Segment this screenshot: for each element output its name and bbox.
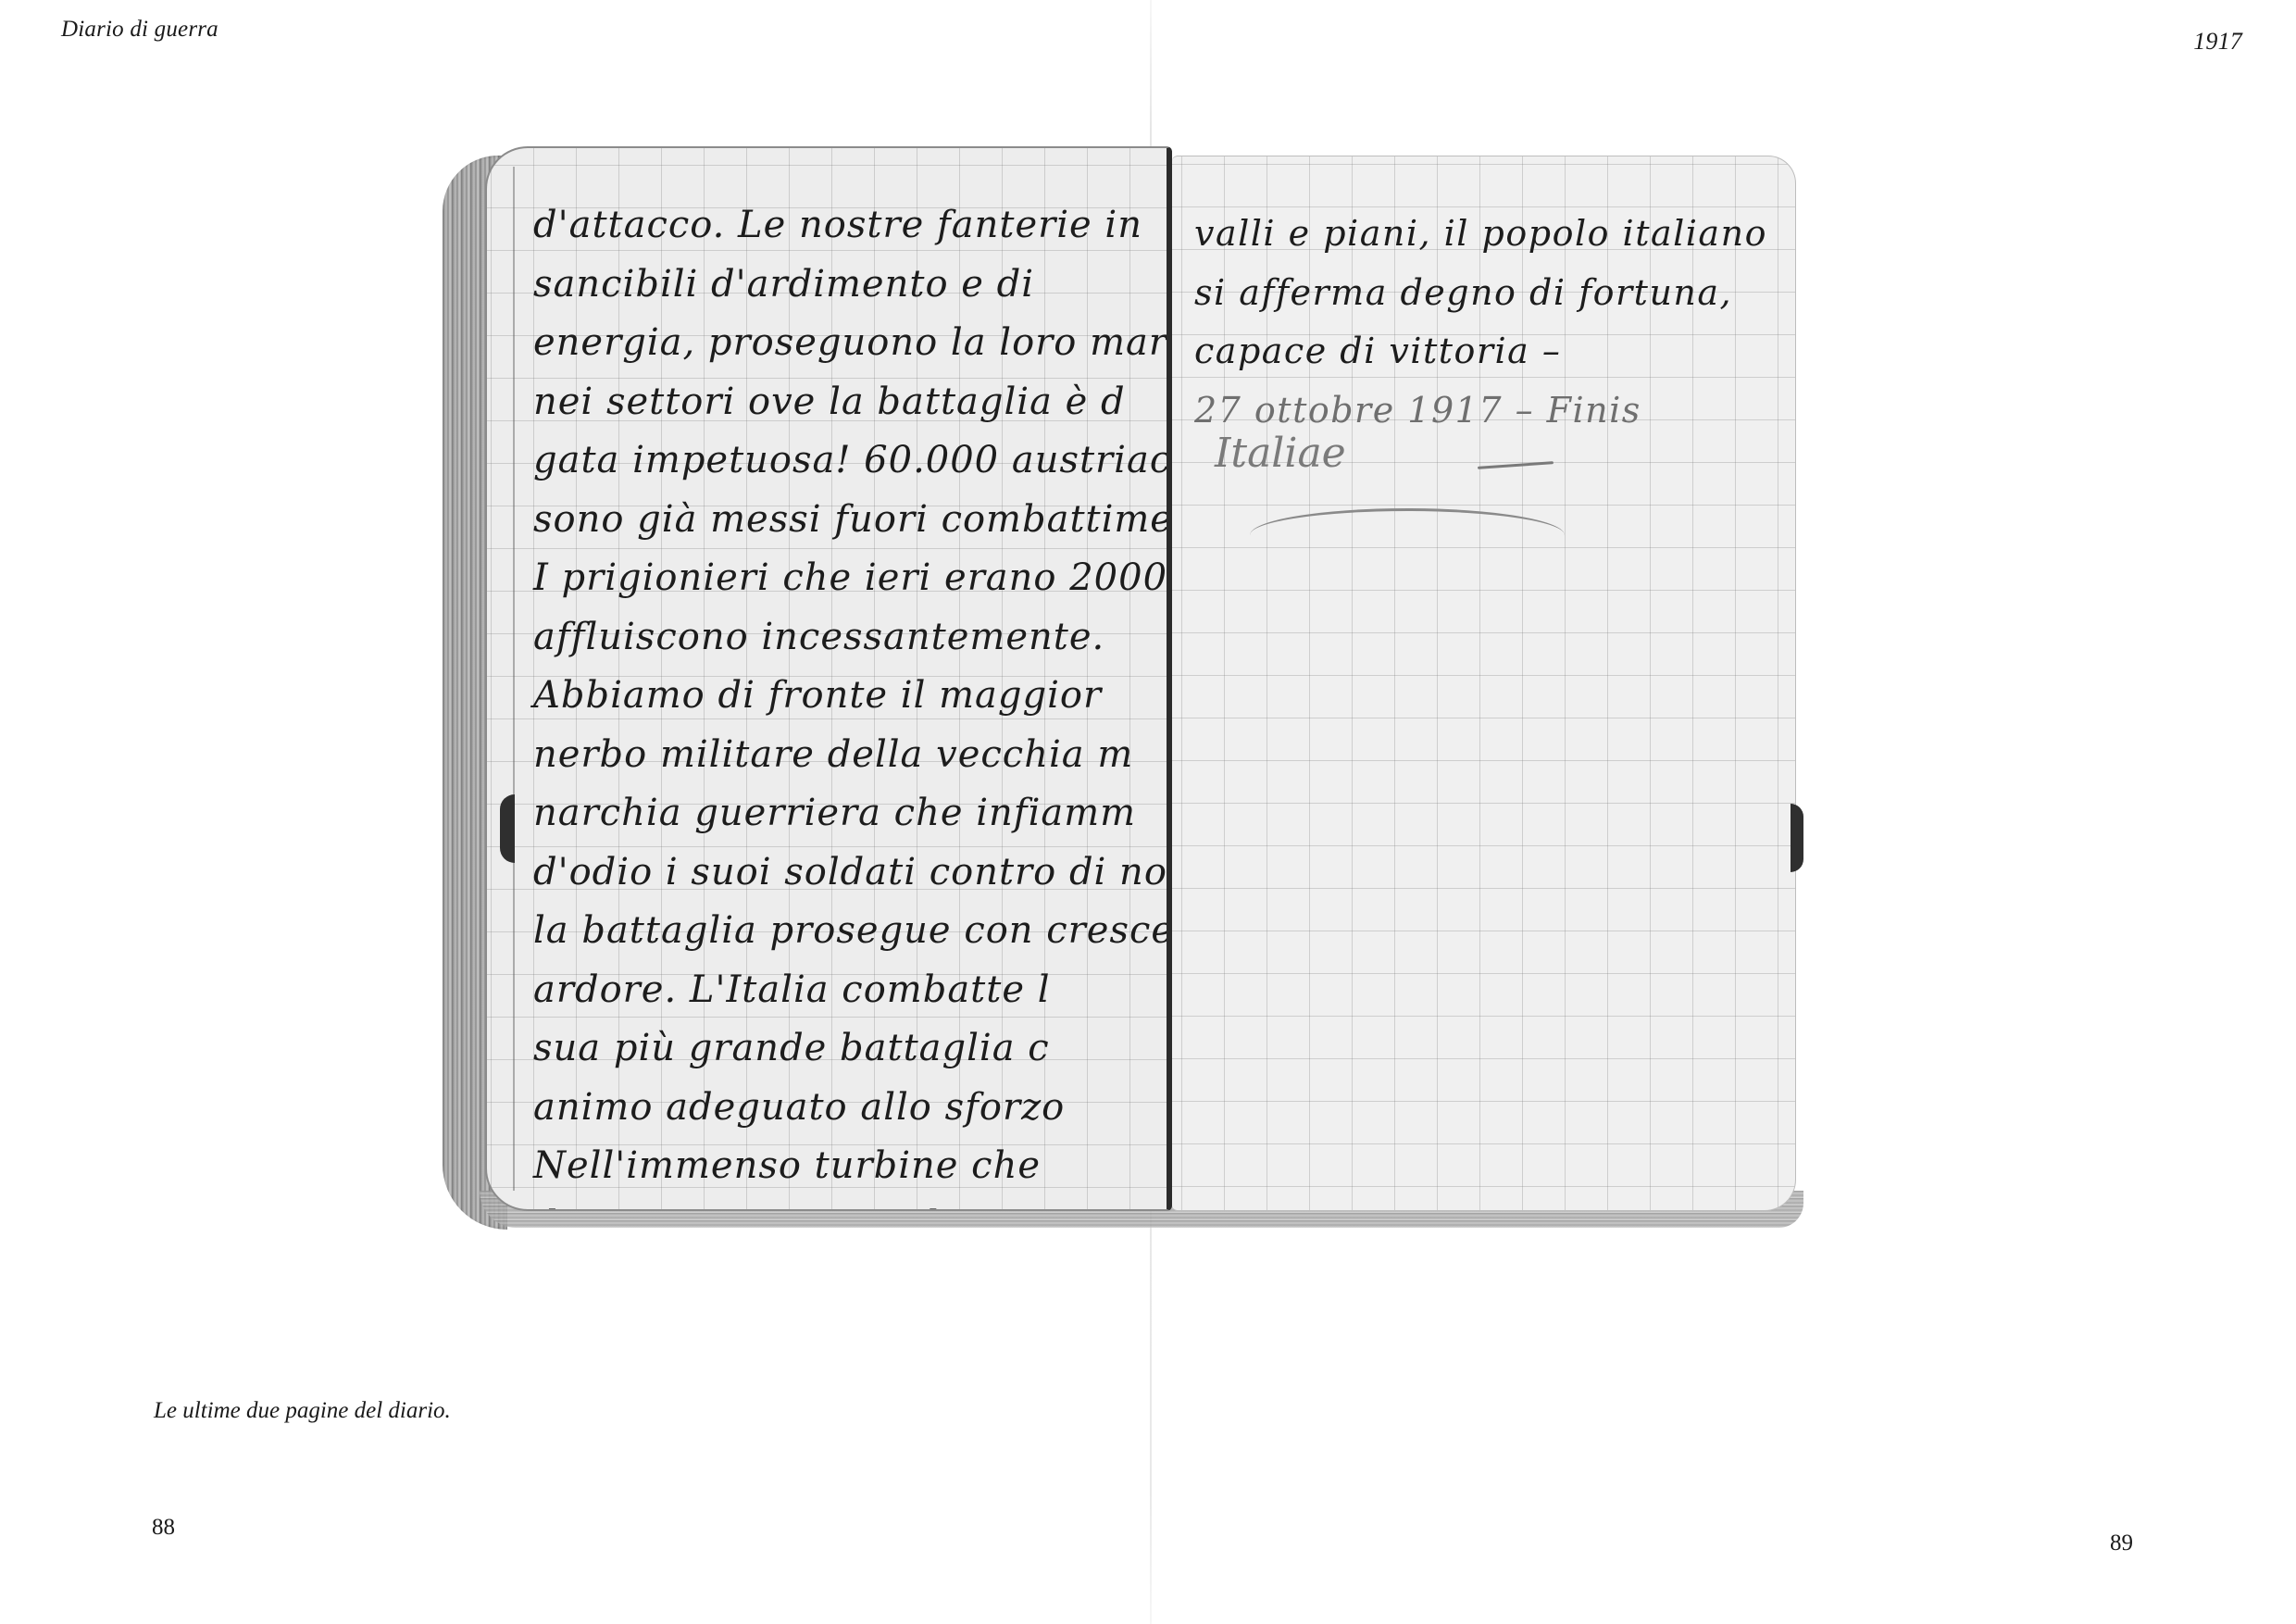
notebook-right-page: valli e piani, il popolo italiano si aff… [1172,156,1796,1211]
handwritten-line: Abbiamo di fronte il maggior [533,667,1167,726]
binding-tab-right [1791,804,1803,872]
page-number-right: 89 [2110,1530,2133,1556]
running-head-right: 1917 [2193,28,2242,56]
pencil-flourish [1250,508,1565,535]
handwritten-line: ardore. L'Italia combatte l [533,961,1167,1020]
handwritten-line: da sei giorni sconvolge cresta [533,1196,1167,1212]
page-margin-line [513,167,515,1191]
handwritten-line: d'odio i suoi soldati contro di noi [533,843,1167,903]
notebook-photo: d'attacco. Le nostre fanterie in sancibi… [443,146,1807,1243]
handwritten-line: capace di vittoria – [1194,322,1795,381]
notebook-left-page: d'attacco. Le nostre fanterie in sancibi… [485,146,1172,1211]
handwriting-left: d'attacco. Le nostre fanterie in sancibi… [533,196,1167,1211]
handwritten-line: d'attacco. Le nostre fanterie in [533,196,1167,256]
handwritten-line: I prigionieri che ieri erano 2000 [533,549,1167,608]
binding-tab-left [500,794,515,863]
pencil-signature: Italiae [1215,430,1346,477]
handwritten-line: affluiscono incessantemente. [533,608,1167,668]
handwritten-line: nerbo militare della vecchia m [533,726,1167,785]
handwritten-line: sono già messi fuori combattimen [533,491,1167,550]
handwritten-line: narchia guerriera che infiamm [533,784,1167,843]
handwritten-line: gata impetuosa! 60.000 austriac [533,431,1167,491]
handwritten-line: nei settori ove la battaglia è d [533,373,1167,432]
handwritten-line: energia, proseguono la loro mar [533,314,1167,373]
running-head-left: Diario di guerra [61,17,218,43]
handwritten-line: valli e piani, il popolo italiano [1194,205,1795,264]
handwritten-line: si afferma degno di fortuna, [1194,264,1795,323]
handwritten-line: la battaglia prosegue con crescent [533,902,1167,961]
handwritten-line: sua più grande battaglia c [533,1019,1167,1079]
handwritten-line: Nell'immenso turbine che [533,1137,1167,1196]
page-number-left: 88 [152,1515,175,1541]
handwritten-line: animo adeguato allo sforzo [533,1079,1167,1138]
pencil-dash [1478,461,1554,469]
handwritten-line: sancibili d'ardimento e di [533,256,1167,315]
handwriting-right: valli e piani, il popolo italiano si aff… [1194,205,1795,440]
figure-caption: Le ultime due pagine del diario. [154,1398,451,1424]
